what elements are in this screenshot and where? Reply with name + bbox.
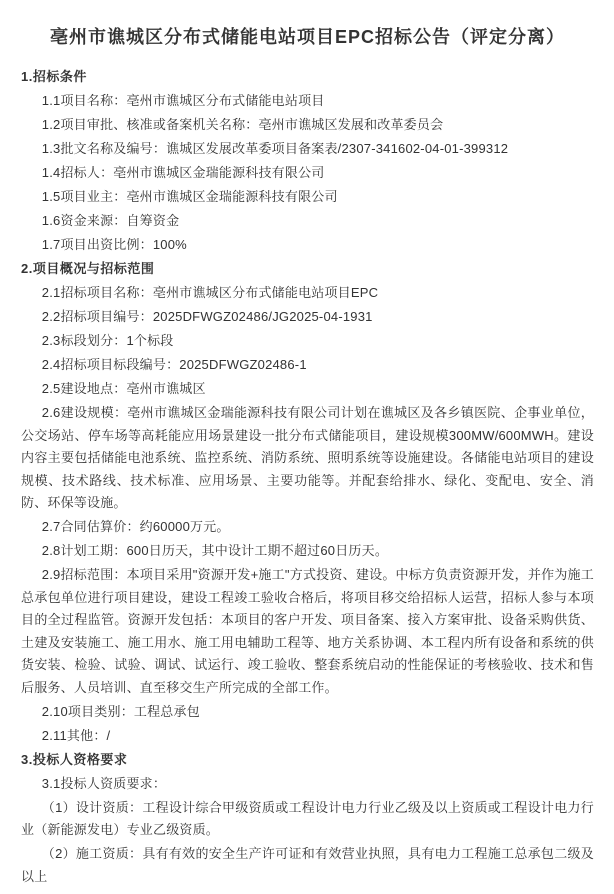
- item-2-9-tender-scope: 2.9招标范围：本项目采用"资源开发+施工"方式投资、建设。中标方负责资源开发，…: [21, 564, 594, 699]
- item-design-qualification: （1）设计资质：工程设计综合甲级资质或工程设计电力行业乙级及以上资质或工程设计电…: [21, 797, 594, 842]
- item-2-11-other: 2.11其他：/: [21, 725, 594, 748]
- item-1-1-project-name: 1.1项目名称：亳州市谯城区分布式储能电站项目: [21, 90, 594, 113]
- item-1-3-approval-document: 1.3批文名称及编号：谯城区发展改革委项目备案表/2307-341602-04-…: [21, 138, 594, 161]
- section-2-heading: 2.项目概况与招标范围: [21, 258, 594, 281]
- item-2-5-construction-site: 2.5建设地点：亳州市谯城区: [21, 378, 594, 401]
- item-2-1-tender-project-name: 2.1招标项目名称：亳州市谯城区分布式储能电站项目EPC: [21, 282, 594, 305]
- item-1-6-fund-source: 1.6资金来源：自筹资金: [21, 210, 594, 233]
- section-project-overview: 2.项目概况与招标范围 2.1招标项目名称：亳州市谯城区分布式储能电站项目EPC…: [21, 258, 594, 747]
- item-2-10-project-category: 2.10项目类别：工程总承包: [21, 701, 594, 724]
- item-construction-qualification: （2）施工资质：具有有效的安全生产许可证和有效营业执照，具有电力工程施工总承包二…: [21, 843, 594, 888]
- item-2-7-contract-estimate: 2.7合同估算价：约60000万元。: [21, 516, 594, 539]
- item-1-2-approval-authority: 1.2项目审批、核准或备案机关名称：亳州市谯城区发展和改革委员会: [21, 114, 594, 137]
- item-1-4-tenderer: 1.4招标人：亳州市谯城区金瑞能源科技有限公司: [21, 162, 594, 185]
- item-2-6-construction-scale: 2.6建设规模：亳州市谯城区金瑞能源科技有限公司计划在谯城区及各乡镇医院、企事业…: [21, 402, 594, 515]
- section-1-heading: 1.招标条件: [21, 66, 594, 89]
- item-2-2-tender-project-number: 2.2招标项目编号：2025DFWGZ02486/JG2025-04-1931: [21, 306, 594, 329]
- item-3-1-qualification-requirements: 3.1投标人资质要求：: [21, 773, 594, 796]
- section-bidding-conditions: 1.招标条件 1.1项目名称：亳州市谯城区分布式储能电站项目 1.2项目审批、核…: [21, 66, 594, 257]
- page-title: 亳州市谯城区分布式储能电站项目EPC招标公告（评定分离）: [21, 24, 594, 50]
- item-2-4-lot-number: 2.4招标项目标段编号：2025DFWGZ02486-1: [21, 354, 594, 377]
- section-bidder-qualifications: 3.投标人资格要求 3.1投标人资质要求： （1）设计资质：工程设计综合甲级资质…: [21, 749, 594, 889]
- item-1-7-funding-ratio: 1.7项目出资比例：100%: [21, 234, 594, 257]
- item-2-3-lot-division: 2.3标段划分：1个标段: [21, 330, 594, 353]
- item-1-5-project-owner: 1.5项目业主：亳州市谯城区金瑞能源科技有限公司: [21, 186, 594, 209]
- section-3-heading: 3.投标人资格要求: [21, 749, 594, 772]
- item-2-8-planned-duration: 2.8计划工期：600日历天，其中设计工期不超过60日历天。: [21, 540, 594, 563]
- document-page: 亳州市谯城区分布式储能电站项目EPC招标公告（评定分离） 1.招标条件 1.1项…: [0, 0, 614, 894]
